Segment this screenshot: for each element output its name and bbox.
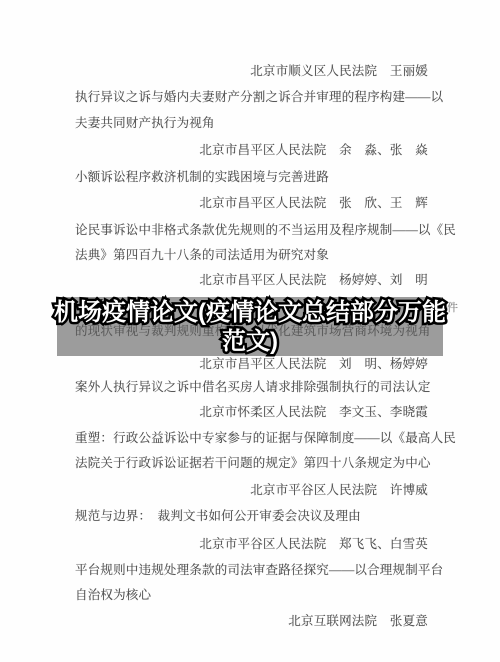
watermark-title-line2: 范文)	[222, 327, 278, 356]
attribution-line: 北京市平谷区人民法院 郑飞飞、白雪英	[199, 537, 428, 552]
attribution-line: 北京互联网法院 张夏意	[288, 614, 428, 629]
watermark-title-line1: 机场疫情论文(疫情论文总结部分万能	[54, 298, 446, 327]
attribution-line: 北京市昌平区人民法院 余 淼、张 焱	[199, 143, 428, 158]
paper-title-line: 案外人执行异议之诉中借名买房人请求排除强制执行的司法认定	[75, 380, 431, 395]
paper-title-line: 平台规则中违规处理条款的司法审查路径探究——以合理规制平台	[75, 563, 443, 578]
attribution-line: 北京市昌平区人民法院 刘 明、杨婷婷	[199, 357, 428, 372]
watermark-title-overlay: 机场疫情论文(疫情论文总结部分万能 范文)	[57, 297, 443, 356]
paper-title-line: 法院关于行政诉讼证据若干问题的规定》第四十八条规定为中心	[75, 456, 431, 471]
paper-title-line: 执行异议之诉与婚内夫妻财产分割之诉合并审理的程序构建——以	[75, 90, 443, 105]
paper-title-line: 重塑：行政公益诉讼中专家参与的证据与保障制度——以《最高人民	[75, 431, 456, 446]
attribution-line: 北京市昌平区人民法院 张 欣、王 辉	[199, 196, 428, 211]
paper-title-line: 论民事诉讼中非格式条款优先规则的不当运用及程序规制——以《民	[75, 223, 456, 238]
scanned-document-page: 北京市顺义区人民法院 王丽媛执行异议之诉与婚内夫妻财产分割之诉合并审理的程序构建…	[0, 0, 500, 662]
obscured-text-fragment: 件	[447, 301, 458, 316]
paper-title-line: 规范与边界： 裁判文书如何公开审委会决议及理由	[75, 509, 361, 524]
paper-title-line: 夫妻共同财产执行为视角	[75, 116, 215, 131]
attribution-line: 北京市顺义区人民法院 王丽媛	[250, 64, 428, 79]
attribution-line: 北京市怀柔区人民法院 李文玉、李晓霞	[199, 405, 428, 420]
paper-title-line: 小额诉讼程序救济机制的实践困境与完善进路	[75, 170, 329, 185]
attribution-line: 北京市平谷区人民法院 许博威	[250, 483, 428, 498]
paper-title-line: 自治权为核心	[75, 588, 151, 603]
paper-title-line: 法典》第四百九十八条的司法适用为研究对象	[75, 248, 329, 263]
attribution-line: 北京市昌平区人民法院 杨婷婷、刘 明	[199, 273, 428, 288]
